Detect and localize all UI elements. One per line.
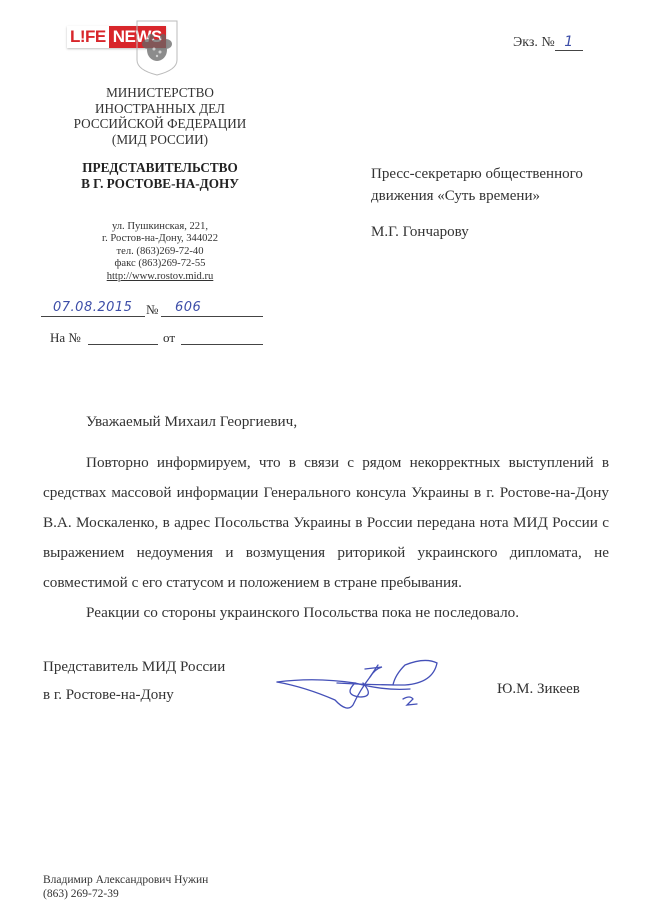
paragraph: Повторно информируем, что в связи с рядо…	[43, 448, 609, 598]
website-link[interactable]: http://www.rostov.mid.ru	[52, 271, 268, 283]
number-field: 606	[161, 300, 263, 317]
mission-line: ПРЕДСТАВИТЕЛЬСТВО	[52, 160, 268, 176]
ministry-line: ИНОСТРАННЫХ ДЕЛ	[52, 101, 268, 117]
ministry-line: (МИД РОССИИ)	[52, 132, 268, 148]
date-field: 07.08.2015	[41, 300, 145, 317]
mission-line: В Г. РОСТОВЕ-НА-ДОНУ	[52, 176, 268, 192]
salutation: Уважаемый Михаил Георгиевич,	[86, 413, 297, 431]
executor-name: Владимир Александрович Нужин	[43, 874, 208, 888]
addressee-line: движения «Суть времени»	[371, 185, 583, 207]
reply-date-field	[181, 328, 263, 345]
addressee: Пресс-секретарю общественного движения «…	[371, 163, 583, 207]
phone-line: тел. (863)269-72-40	[52, 246, 268, 258]
handwritten-signature-icon	[275, 655, 445, 715]
ministry-line: РОССИЙСКОЙ ФЕДЕРАЦИИ	[52, 116, 268, 132]
executor-phone: (863) 269-72-39	[43, 888, 208, 902]
ministry-heading: МИНИСТЕРСТВО ИНОСТРАННЫХ ДЕЛ РОССИЙСКОЙ …	[52, 85, 268, 147]
mission-address: ул. Пушкинская, 221, г. Ростов-на-Дону, …	[52, 221, 268, 283]
executor-info: Владимир Александрович Нужин (863) 269-7…	[43, 874, 208, 901]
paragraph: Реакции со стороны украинского Посольств…	[43, 598, 609, 628]
logo-life-text: L!FE	[67, 26, 109, 48]
copy-number-value: 1	[555, 34, 583, 51]
copy-label: Экз. №	[513, 35, 555, 50]
fax-line: факс (863)269-72-55	[52, 258, 268, 270]
signatory-title-line: Представитель МИД России	[43, 653, 225, 681]
addressee-line: Пресс-секретарю общественного	[371, 163, 583, 185]
handwritten-number: 606	[175, 300, 201, 315]
signatory-name: Ю.М. Зикеев	[497, 681, 580, 698]
signatory-title-line: в г. Ростове-на-Дону	[43, 681, 225, 709]
number-label: №	[146, 302, 158, 318]
reply-to-label: На №	[50, 330, 81, 346]
signatory-title: Представитель МИД России в г. Ростове-на…	[43, 653, 225, 709]
mission-heading: ПРЕДСТАВИТЕЛЬСТВО В Г. РОСТОВЕ-НА-ДОНУ	[52, 160, 268, 192]
addressee-name: М.Г. Гончарову	[371, 224, 469, 241]
handwritten-date: 07.08.2015	[53, 300, 132, 315]
from-label: от	[163, 330, 175, 346]
address-line: г. Ростов-на-Дону, 344022	[52, 233, 268, 245]
reply-reference-line: На № от	[41, 328, 263, 346]
address-line: ул. Пушкинская, 221,	[52, 221, 268, 233]
ministry-line: МИНИСТЕРСТВО	[52, 85, 268, 101]
copy-number: Экз. №1	[513, 34, 583, 51]
date-number-line: 07.08.2015 № 606	[41, 300, 263, 318]
coat-of-arms-icon	[135, 20, 179, 76]
letter-body: Повторно информируем, что в связи с рядо…	[43, 448, 609, 628]
reply-number-field	[88, 328, 158, 345]
